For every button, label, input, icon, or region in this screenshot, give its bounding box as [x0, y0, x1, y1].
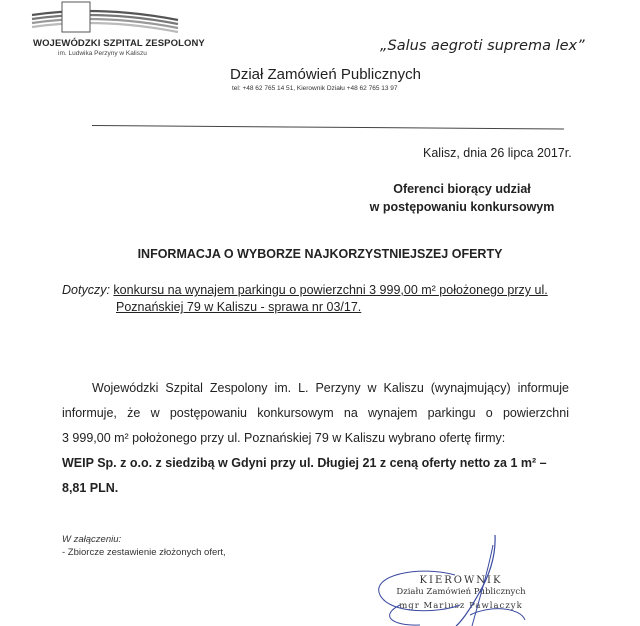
subject: Dotyczy: konkursu na wynajem parkingu o …: [62, 282, 548, 316]
contact-info: tel: +48 62 765 14 51, Kierownik Działu …: [232, 85, 398, 92]
date-line: Kalisz, dnia 26 lipca 2017r.: [423, 146, 572, 160]
addressee-line-2: w postępowaniu konkursowym: [362, 198, 562, 216]
winner-line: WEIP Sp. z o.o. z siedzibą w Gdyni przy …: [62, 451, 569, 476]
body-line-1: Wojewódzki Szpital Zespolony im. L. Perz…: [62, 376, 569, 401]
document-title: INFORMACJA O WYBORZE NAJKORZYSTNIEJSZEJ …: [0, 247, 640, 261]
organization-name: WOJEWÓDZKI SZPITAL ZESPOLONY: [33, 38, 205, 49]
body-line-2: informuje, że w postępowaniu konkursowym…: [62, 401, 569, 426]
signature-stamp: KIEROWNIK Działu Zamówień Publicznych mg…: [386, 575, 536, 611]
subject-line-2: Poznańskiej 79 w Kaliszu - sprawa nr 03/…: [116, 300, 361, 314]
subject-label: Dotyczy:: [62, 283, 110, 297]
department-name: Dział Zamówień Publicznych: [230, 66, 421, 83]
organization-subtitle: im. Ludwika Perzyny w Kaliszu: [58, 50, 147, 57]
subject-line-1: konkursu na wynajem parkingu o powierzch…: [113, 283, 547, 297]
hospital-logo-icon: [30, 0, 190, 36]
body-line-3: 3 999,00 m² położonego przy ul. Poznańsk…: [62, 426, 569, 451]
attachment-item: - Zbiorcze zestawienie złożonych ofert,: [62, 546, 226, 559]
price-line: 8,81 PLN.: [62, 476, 569, 501]
attachments: W załączeniu: - Zbiorcze zestawienie zło…: [62, 533, 226, 559]
addressee: Oferenci biorący udział w postępowaniu k…: [362, 180, 562, 216]
attachments-label: W załączeniu:: [62, 533, 226, 546]
motto: „Salus aegroti suprema lex”: [380, 38, 585, 54]
header-divider: [92, 125, 564, 130]
body-text: Wojewódzki Szpital Zespolony im. L. Perz…: [62, 376, 569, 501]
addressee-line-1: Oferenci biorący udział: [362, 180, 562, 198]
stamp-department: Działu Zamówień Publicznych: [386, 587, 536, 597]
stamp-name: mgr Mariusz Pawlaczyk: [386, 601, 536, 611]
stamp-title: KIEROWNIK: [386, 575, 536, 586]
